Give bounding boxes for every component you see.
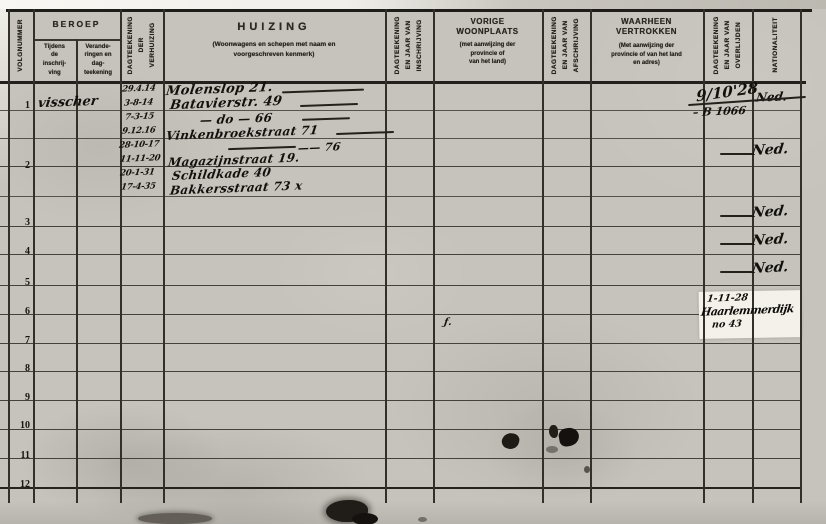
handwritten-date-6: 11-11-20 <box>119 153 161 165</box>
huizing-sub-label: (Woonwagens en schepen met naam en voorg… <box>212 40 335 60</box>
row-number-5: 5 <box>4 277 30 288</box>
handwritten-date-1: 29.4.14 <box>121 83 156 94</box>
waarheen-vertrokken-sub-label: (Met aanwijzing der provincie of van het… <box>611 42 682 67</box>
scan-top-edge <box>0 0 826 9</box>
handwritten-occupation: visscher <box>37 94 99 111</box>
handwritten-mark: ƒ. <box>443 317 452 328</box>
column-header-waarheen-vertrokken: WAARHEEN VERTROKKEN <box>590 16 703 38</box>
row-number-8: 8 <box>4 363 30 374</box>
handwritten-akte-number: – B 1066 <box>692 104 747 119</box>
column-header-waarheen-vertrokken-sub: (Met aanwijzing der provincie of van het… <box>590 40 703 70</box>
handwritten-nationality-row2: Ned. <box>751 141 789 159</box>
row-number-4: 4 <box>4 246 30 257</box>
column-header-huizing: HUIZING <box>163 14 385 40</box>
scanned-register-page: VOLGNUMMER BEROEP Tijdens de inschrij- v… <box>0 0 826 524</box>
handwritten-date-7: 20-1-31 <box>119 167 155 178</box>
grid-vline <box>120 9 122 503</box>
column-header-volgnummer: VOLGNUMMER <box>8 9 33 81</box>
row-number-1: 1 <box>4 100 30 111</box>
grid-vline <box>590 9 592 503</box>
row-number-3: 3 <box>4 217 30 228</box>
grid-vline <box>433 9 435 503</box>
handwritten-date-3: 7-3-15 <box>124 111 154 122</box>
vorige-woonplaats-label: VORIGE WOONPLAATS <box>456 17 518 37</box>
grid-vline <box>542 9 544 503</box>
beroep-sub-left-label: Tijdens de inschrij- ving <box>43 43 66 78</box>
beroep-sub-right-label: Verande- ringen en dag- teekening <box>84 43 112 78</box>
slip-date: 1-11-28 <box>706 292 748 305</box>
nationaliteit-label: NATIONALITEIT <box>770 17 781 73</box>
column-header-dagteekening-inschrijving: DAGTEEKENING EN JAAR VAN INSCHRIJVING <box>385 9 433 81</box>
dagteekening-afschrijving-label: DAGTEEKENING EN JAAR VAN AFSCHRIJVING <box>549 16 582 74</box>
scan-bottom-shade <box>0 500 826 524</box>
column-header-vorige-woonplaats-sub: (met aanwijzing der provincie of van het… <box>433 40 542 68</box>
vorige-woonplaats-sub-label: (met aanwijzing der provincie of van het… <box>460 41 516 66</box>
row-number-11: 11 <box>4 450 30 461</box>
column-header-dagteekening-verhuizing: DAGTEEKENING DER VERHUIZING <box>120 9 163 81</box>
grid-vline <box>385 9 387 503</box>
grid-vline <box>33 9 35 503</box>
ink-smudge <box>546 446 558 453</box>
handwritten-address-5: —— 76 <box>297 140 341 155</box>
column-header-dagteekening-overlijden: DAGTEEKENING EN JAAR VAN OVERLIJDEN <box>703 9 752 81</box>
handwritten-nationality-row5: Ned. <box>751 259 789 277</box>
slip-number: no 43 <box>711 318 742 330</box>
grid-vline <box>703 9 705 503</box>
ink-blot <box>549 425 558 438</box>
handwritten-date-8: 17-4-35 <box>120 181 156 192</box>
pen-stroke <box>720 271 754 273</box>
row-number-6: 6 <box>4 306 30 317</box>
column-header-beroep-tijdens: Tijdens de inschrij- ving <box>33 39 76 81</box>
grid-vline <box>163 9 165 503</box>
column-header-beroep: BEROEP <box>33 11 120 37</box>
handwritten-nationality-row4: Ned. <box>751 231 789 249</box>
handwritten-date-5: 28-10-17 <box>118 139 160 151</box>
row-number-10: 10 <box>4 420 30 431</box>
dagteekening-overlijden-label: DAGTEEKENING EN JAAR VAN OVERLIJDEN <box>711 16 744 74</box>
column-header-huizing-sub: (Woonwagens en schepen met naam en voorg… <box>163 38 385 62</box>
huizing-label: HUIZING <box>237 21 310 33</box>
pen-stroke <box>720 153 754 155</box>
beroep-label: BEROEP <box>53 19 101 29</box>
ink-blot-bottom-2 <box>352 513 378 524</box>
scan-edge-smudge <box>138 513 212 524</box>
pen-stroke <box>720 243 754 245</box>
handwritten-date-2: 3-8-14 <box>123 97 153 108</box>
row-number-12: 12 <box>4 479 30 490</box>
handwritten-nationality-row3: Ned. <box>751 203 789 221</box>
volgnummer-label: VOLGNUMMER <box>15 19 26 72</box>
handwritten-date-4: 9.12.16 <box>121 125 156 136</box>
dagteekening-verhuizing-label: DAGTEEKENING DER VERHUIZING <box>125 16 158 74</box>
row-number-9: 9 <box>4 392 30 403</box>
row-number-2: 2 <box>4 160 30 171</box>
dagteekening-inschrijving-label: DAGTEEKENING EN JAAR VAN INSCHRIJVING <box>392 16 425 74</box>
column-header-vorige-woonplaats: VORIGE WOONPLAATS <box>433 16 542 38</box>
waarheen-vertrokken-label: WAARHEEN VERTROKKEN <box>616 17 677 37</box>
row-number-7: 7 <box>4 335 30 346</box>
column-header-dagteekening-afschrijving: DAGTEEKENING EN JAAR VAN AFSCHRIJVING <box>542 9 590 81</box>
column-header-nationaliteit: NATIONALITEIT <box>752 9 800 81</box>
ink-speck <box>584 466 590 473</box>
grid-vline <box>800 9 802 503</box>
ink-speck <box>418 517 427 522</box>
column-header-beroep-veranderingen: Verande- ringen en dag- teekening <box>76 39 120 81</box>
pen-stroke <box>720 215 754 217</box>
